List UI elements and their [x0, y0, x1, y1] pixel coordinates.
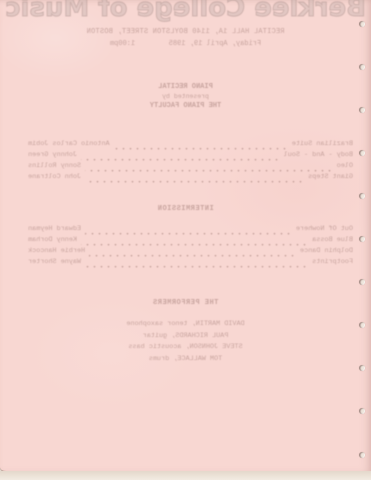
piece-title: Out Of Nowhere — [296, 225, 353, 233]
punch-hole — [359, 21, 365, 27]
punch-hole — [359, 322, 365, 328]
date-time-line: Friday, April 19, 1985 1:00pm — [0, 40, 371, 48]
pink-program-page: Berklee College of Music RECITAL HALL 1A… — [0, 0, 371, 471]
punch-hole — [359, 107, 365, 113]
composer-name: Antonio Carlos Jobim — [28, 140, 110, 148]
performers-block: DAVID MARTIN, tenor saxophone PAUL RICHA… — [0, 320, 371, 366]
composer-name: Kenny Dorham — [28, 236, 77, 244]
composer-name: John Coltrane — [28, 173, 81, 181]
program-row: Blue Bossa Kenny Dorham — [28, 236, 353, 247]
performers-heading: THE PERFORMERS — [0, 299, 371, 307]
punch-hole — [359, 150, 365, 156]
berklee-logo: Berklee College of Music — [0, 0, 371, 23]
program-row: Body - And - Soul Johnny Green — [28, 151, 353, 162]
performer-line: TOM WALLACE, drums — [0, 355, 371, 367]
piece-title: Brazilian Suite — [292, 140, 353, 148]
piece-title: Giant Steps — [308, 173, 353, 181]
composer-name: Herbie Hancock — [28, 247, 85, 255]
dotted-leader — [85, 180, 304, 184]
program-row: Out Of Nowhere Edward Heyman — [28, 225, 353, 236]
composer-name: Johnny Green — [28, 151, 77, 159]
piece-title: Body - And - Soul — [284, 151, 353, 159]
punch-hole — [359, 408, 365, 414]
program-list-2: Out Of Nowhere Edward Heyman Blue Bossa … — [28, 225, 353, 269]
composer-name: Edward Heyman — [28, 225, 81, 233]
piece-title: Dolphin Dance — [300, 247, 353, 255]
performer-line: DAVID MARTIN, tenor saxophone — [0, 320, 371, 332]
performer-line: STEVE JOHNSON, acoustic bass — [0, 343, 371, 355]
performer-line: PAUL RICHARDS, guitar — [0, 332, 371, 344]
dotted-leader — [85, 232, 292, 236]
program-row: Brazilian Suite Antonio Carlos Jobim — [28, 140, 353, 151]
dotted-leader — [85, 169, 333, 173]
mirrored-showthrough-content: Berklee College of Music RECITAL HALL 1A… — [0, 0, 371, 471]
dotted-leader — [114, 147, 288, 151]
scanner-background-strip — [0, 471, 371, 480]
composer-name: Sonny Rollins — [28, 162, 81, 170]
program-row: Dolphin Dance Herbie Hancock — [28, 247, 353, 258]
punch-hole — [359, 452, 365, 458]
venue-address-line: RECITAL HALL 1A, 1140 BOYLSTON STREET, B… — [0, 28, 371, 36]
dotted-leader — [81, 243, 308, 247]
dotted-leader — [81, 158, 280, 162]
program-row: Footprints Wayne Shorter — [28, 258, 353, 269]
punch-hole — [359, 236, 365, 242]
punch-hole — [359, 365, 365, 371]
piece-title: Blue Bossa — [312, 236, 353, 244]
piece-title: Oleo — [337, 162, 353, 170]
punch-hole — [359, 279, 365, 285]
composer-name: Wayne Shorter — [28, 258, 81, 266]
intermission-label: INTERMISSION — [0, 205, 371, 213]
recital-title: PIANO RECITAL — [0, 83, 371, 91]
recital-presenter: THE PIANO FACULTY — [0, 102, 371, 110]
piece-title: Footprints — [312, 258, 353, 266]
program-row: Giant Steps John Coltrane — [28, 173, 353, 184]
punch-hole — [359, 193, 365, 199]
recital-subtitle: presented by — [0, 93, 371, 100]
program-list-1: Brazilian Suite Antonio Carlos Jobim Bod… — [28, 140, 353, 184]
dotted-leader — [89, 254, 296, 258]
dotted-leader — [85, 265, 308, 269]
program-row: Oleo Sonny Rollins — [28, 162, 353, 173]
punch-hole — [359, 64, 365, 70]
